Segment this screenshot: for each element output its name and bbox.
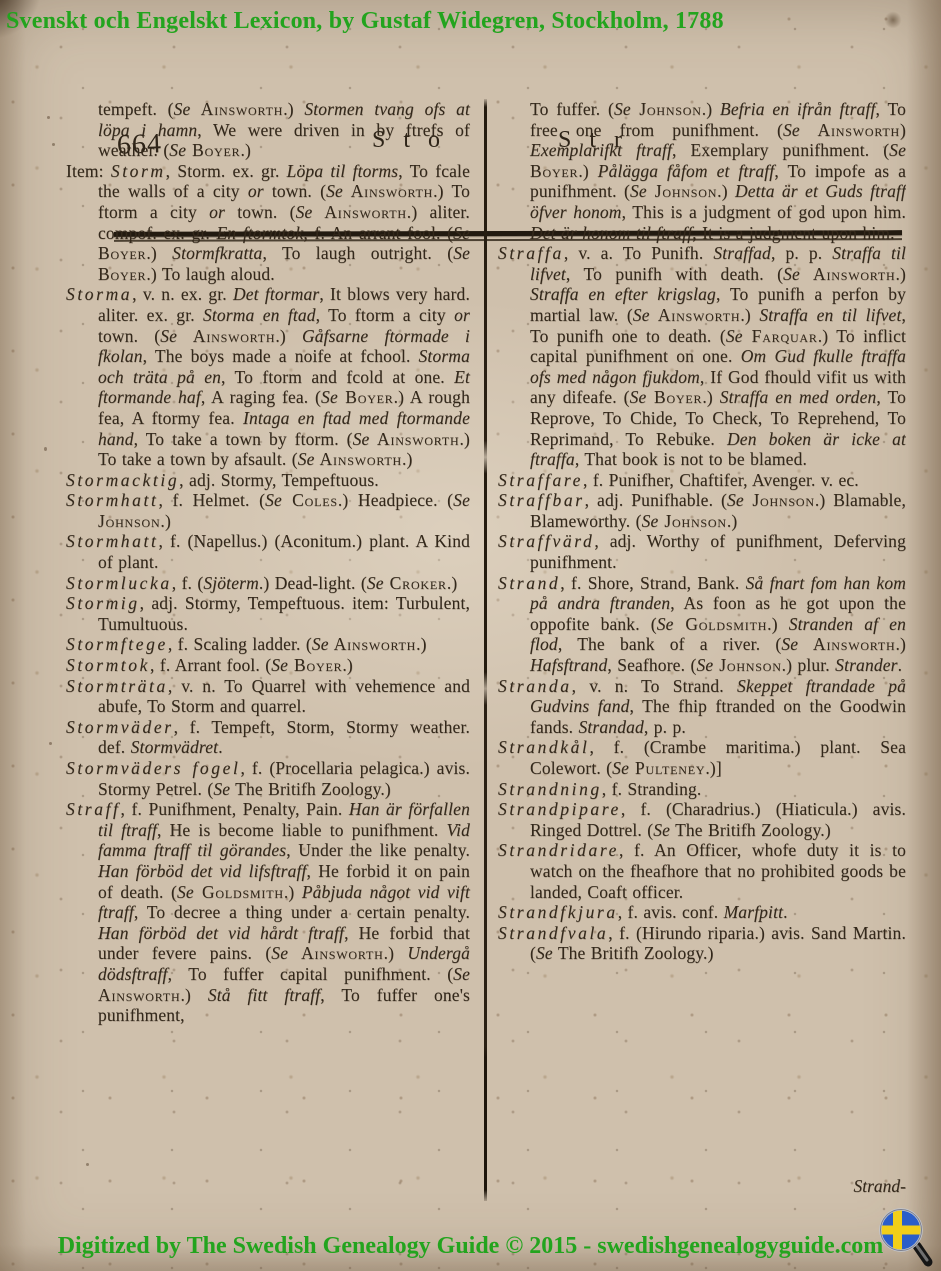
scan-speck xyxy=(49,742,52,745)
headword: Stormträta xyxy=(66,676,168,696)
dictionary-entry: Straffare, f. Punifher, Chaftifer, Aveng… xyxy=(498,470,906,491)
dictionary-entry: Stormhatt, f. (Napellus.) (Aconitum.) pl… xyxy=(66,531,470,572)
headword: Strandkål xyxy=(498,737,589,757)
column-divider xyxy=(484,99,487,1201)
headword: Straffvärd xyxy=(498,531,594,551)
entry-continuation: To fuffer. (Se Johnson.) Befria en ifrån… xyxy=(498,99,906,243)
digitization-header-text: Svenskt och Engelskt Lexicon, by Gustaf … xyxy=(6,8,724,35)
entry-continuation: tempeft. (Se Ainsworth.) Stormen tvang o… xyxy=(66,99,470,161)
headword: Strand xyxy=(498,573,560,593)
dictionary-entry: Strandfkjura, f. avis. conf. Marfpitt. xyxy=(498,902,906,923)
scan-speck xyxy=(52,143,55,146)
catchword: Strand- xyxy=(806,1176,906,1197)
dictionary-entry: Straffvärd, adj. Worthy of punifhment, D… xyxy=(498,531,906,572)
dictionary-entry: Stormträta, v. n. To Quarrel with veheme… xyxy=(66,676,470,717)
headword: Stormlucka xyxy=(66,573,172,593)
dictionary-entry: Item: Storm, Storm. ex. gr. Löpa til fto… xyxy=(66,161,470,285)
headword: Stormacktig xyxy=(66,470,179,490)
headword: Strandridare xyxy=(498,840,619,860)
headword: Storma xyxy=(66,284,132,304)
headword: Strandning xyxy=(498,779,602,799)
headword: Strandpipare xyxy=(498,799,621,819)
dictionary-entry: Stormig, adj. Stormy, Tempeftuous. item:… xyxy=(66,593,470,634)
headword: Stormväder xyxy=(66,717,174,737)
scan-speck xyxy=(44,447,47,451)
scan-speck xyxy=(86,1163,89,1166)
dictionary-entry: Stormacktig, adj. Stormy, Tempeftuous. xyxy=(66,470,470,491)
headword: Strandfkjura xyxy=(498,902,618,922)
dictionary-entry: Straffbar, adj. Punifhable. (Se Johnson.… xyxy=(498,490,906,531)
headword: Straffbar xyxy=(498,490,585,510)
headword: Storm xyxy=(111,161,166,181)
dictionary-entry: Stormväders fogel, f. (Procellaria pelag… xyxy=(66,758,470,799)
headword: Straffare xyxy=(498,470,583,490)
dictionary-entry: Straffa, v. a. To Punifh. Straffad, p. p… xyxy=(498,243,906,470)
dictionary-entry: Stormftege, f. Scaling ladder. (Se Ainsw… xyxy=(66,634,470,655)
headword: Straffa xyxy=(498,243,564,263)
right-column: To fuffer. (Se Johnson.) Befria en ifrån… xyxy=(498,99,906,1201)
headword: Stranda xyxy=(498,676,572,696)
text-block: tempeft. (Se Ainsworth.) Stormen tvang o… xyxy=(66,99,906,1201)
left-column: tempeft. (Se Ainsworth.) Stormen tvang o… xyxy=(66,99,470,1201)
headword: Straff xyxy=(66,799,121,819)
dictionary-entry: Stranda, v. n. To Strand. Skeppet ftrand… xyxy=(498,676,906,738)
dictionary-entry: Strandridare, f. An Officer, whofe duty … xyxy=(498,840,906,902)
headword: Stormväders fogel xyxy=(66,758,240,778)
headword: Stormhatt xyxy=(66,531,158,551)
headword: Stormhatt xyxy=(66,490,158,510)
digitization-footer-text: Digitized by The Swedish Genealogy Guide… xyxy=(0,1233,941,1260)
dictionary-entry: Stormlucka, f. (Sjöterm.) Dead-light. (S… xyxy=(66,573,470,594)
scanned-dictionary-page: Svenskt och Engelskt Lexicon, by Gustaf … xyxy=(0,0,941,1271)
dictionary-entry: Strandning, f. Stranding. xyxy=(498,779,906,800)
dictionary-entry: Strandkål, f. (Crambe maritima.) plant. … xyxy=(498,737,906,778)
dictionary-entry: Stormtok, f. Arrant fool. (Se Boyer.) xyxy=(66,655,470,676)
dictionary-entry: Stormväder, f. Tempeft, Storm, Stormy we… xyxy=(66,717,470,758)
dictionary-entry: Stormhatt, f. Helmet. (Se Coles.) Headpi… xyxy=(66,490,470,531)
headword: Stormtok xyxy=(66,655,150,675)
headword: Strandfvala xyxy=(498,923,608,943)
dictionary-entry: Storma, v. n. ex. gr. Det ftormar, It bl… xyxy=(66,284,470,469)
dictionary-entry: Strand, f. Shore, Strand, Bank. Så fnart… xyxy=(498,573,906,676)
dictionary-entry: Strandfvala, f. (Hirundo riparia.) avis.… xyxy=(498,923,906,964)
dictionary-entry: Straff, f. Punifhment, Penalty, Pain. Ha… xyxy=(66,799,470,1026)
dictionary-entry: Strandpipare, f. (Charadrius.) (Hiaticul… xyxy=(498,799,906,840)
scan-speck xyxy=(47,116,50,119)
headword: Stormftege xyxy=(66,634,168,654)
headword: Stormig xyxy=(66,593,140,613)
